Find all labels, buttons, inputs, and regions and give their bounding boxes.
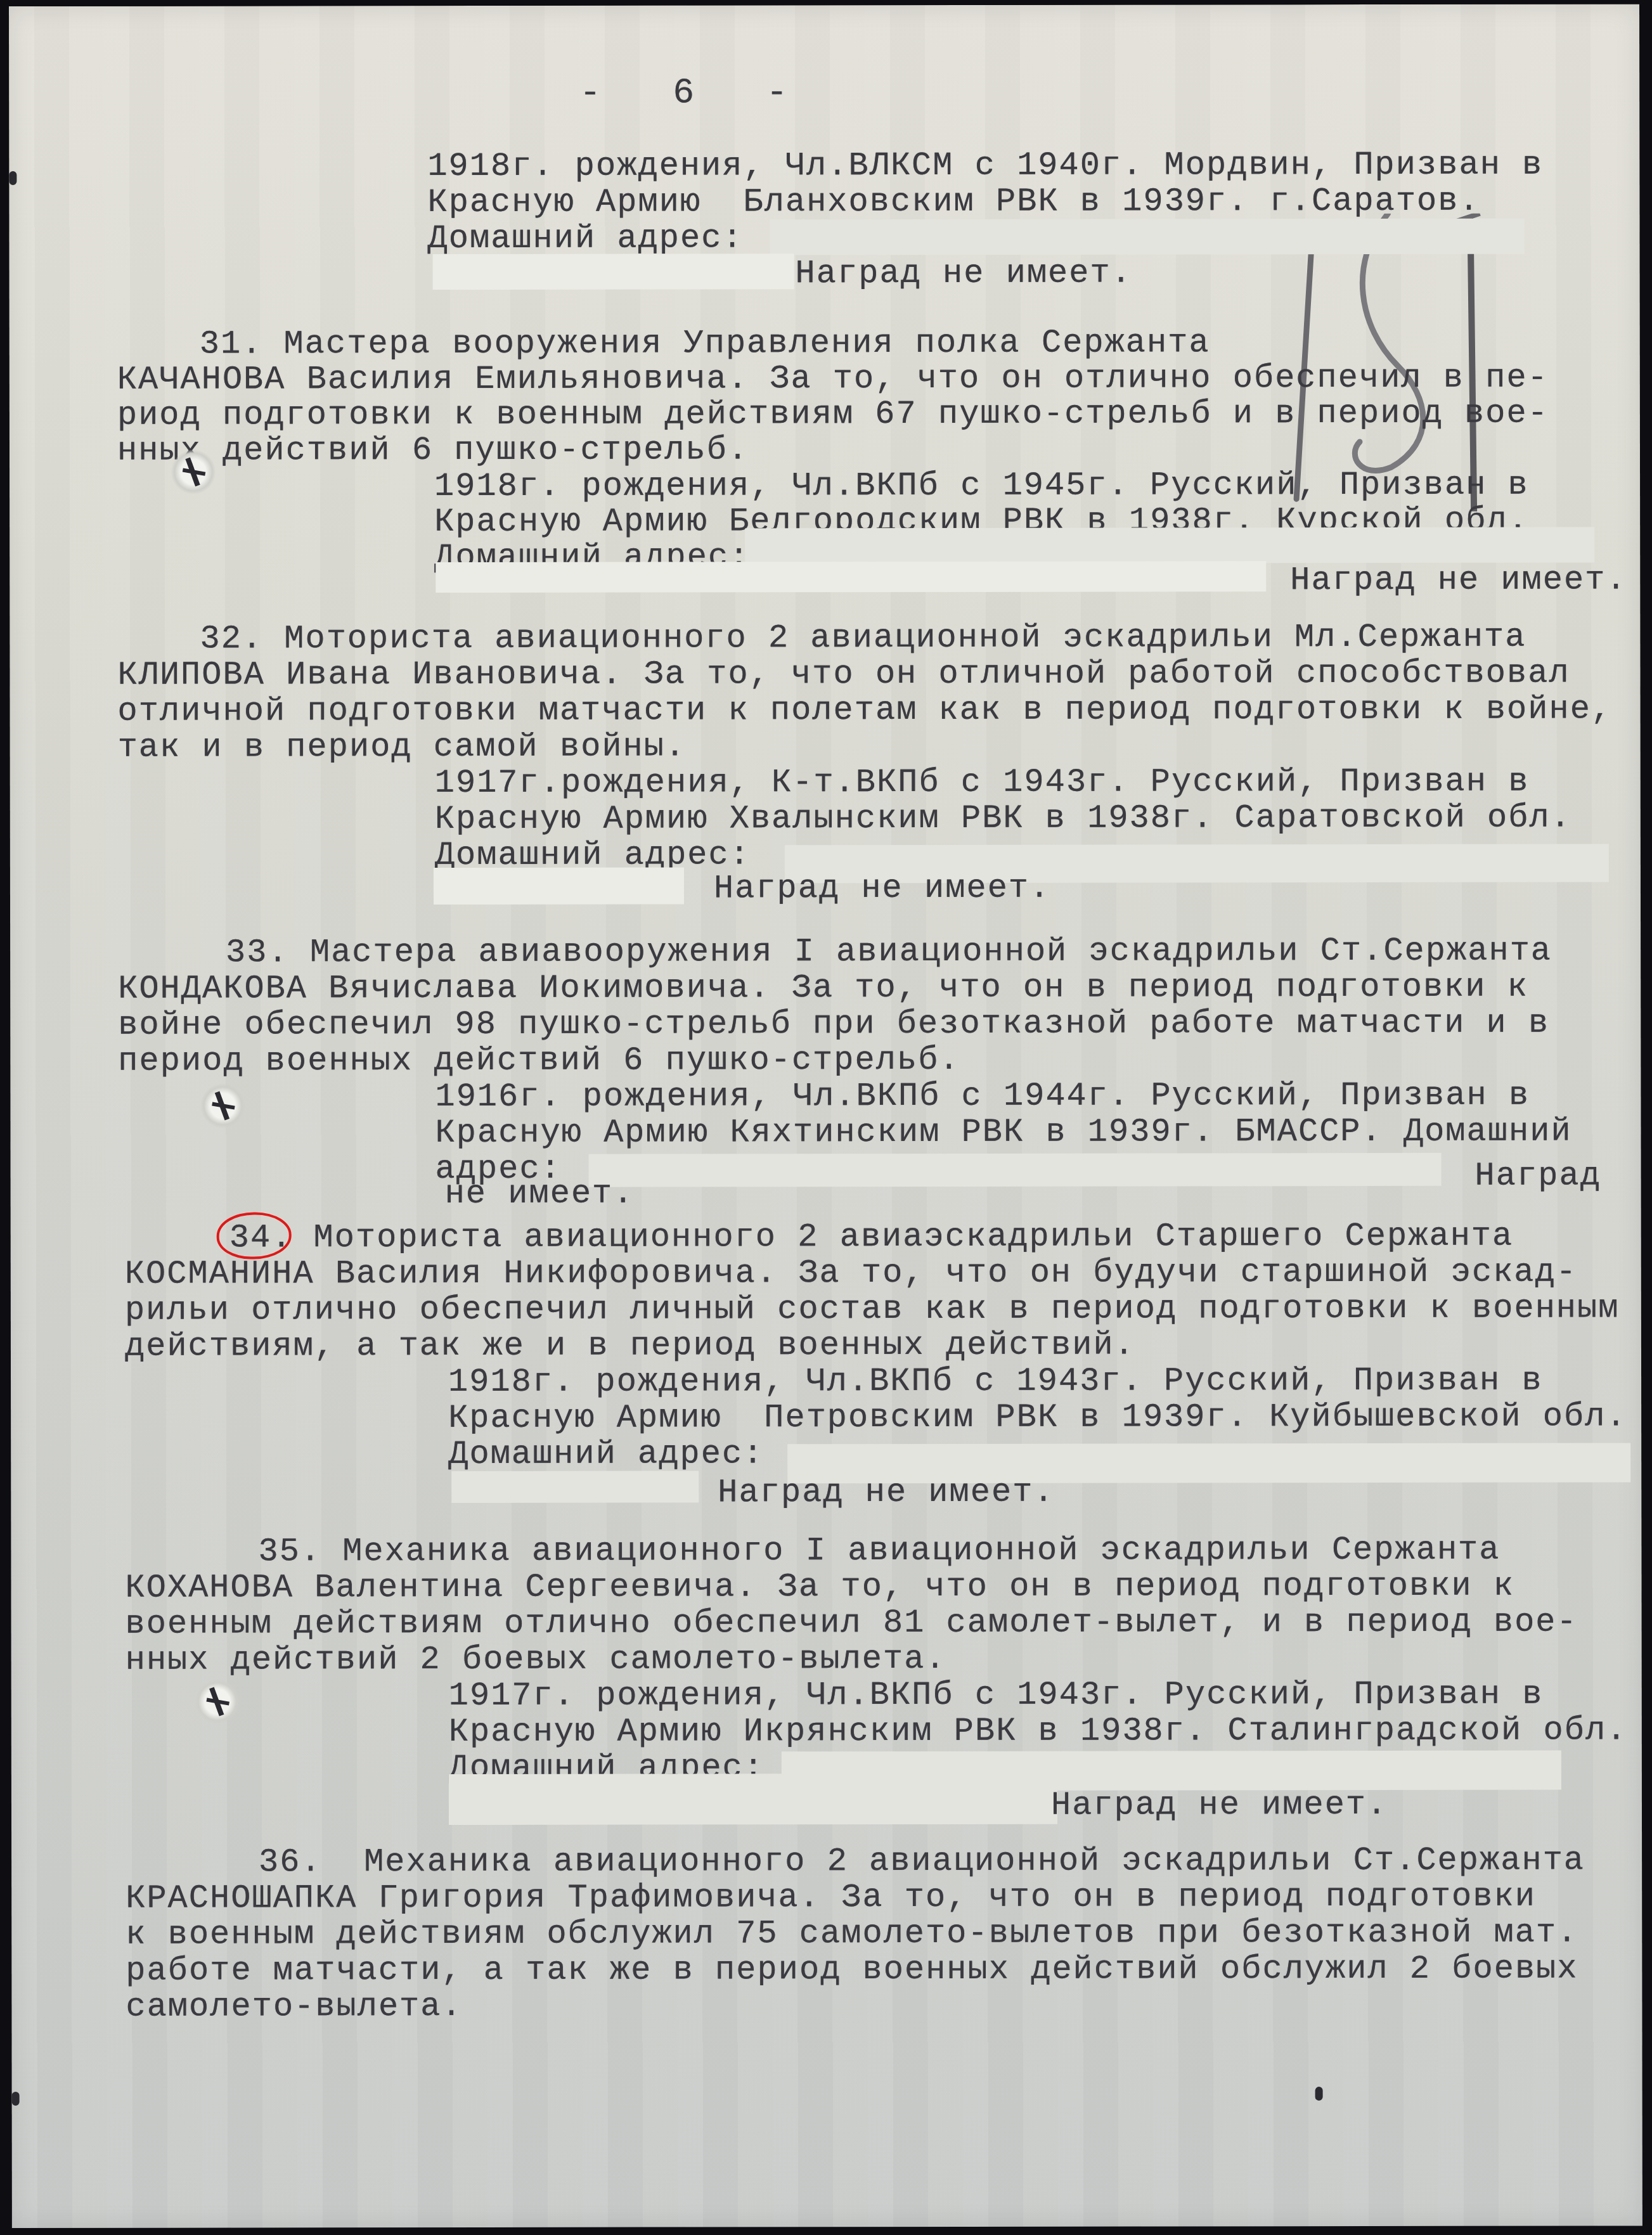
entry-35-line-3: военным действиям отлично обеспечил 81 с… bbox=[126, 1604, 1578, 1642]
redacted-address bbox=[449, 1774, 1057, 1825]
entry-31-bio-1: 1918г. рождения, Чл.ВКПб с 1945г. Русски… bbox=[434, 467, 1529, 505]
entry-36-line-1: 36. Механика авиационного 2 авиационной … bbox=[259, 1843, 1585, 1881]
entry-32-bio-1: 1917г.рождения, К-т.ВКПб с 1943г. Русски… bbox=[435, 764, 1530, 801]
binding-mark bbox=[9, 171, 16, 185]
punch-hole bbox=[171, 450, 216, 494]
redacted-address bbox=[434, 868, 684, 905]
entry-continuation-bio-2: Красную Армию Бланховским РВК в 1939г. г… bbox=[427, 183, 1480, 221]
entry-35-bio-1: 1917г. рождения, Чл.ВКПб с 1943г. Русски… bbox=[449, 1677, 1544, 1714]
entry-34-bio-3: Домашний адрес: bbox=[448, 1436, 764, 1472]
entry-32-award: Наград не имеет. bbox=[714, 870, 1050, 907]
entry-31-line-1: 31. Мастера вооружения Управления полка … bbox=[200, 325, 1210, 362]
entry-33-line-2: КОНДАКОВА Вячислава Иокимовича. За то, ч… bbox=[118, 969, 1528, 1007]
entry-continuation-award: Наград не имеет. bbox=[796, 255, 1132, 292]
entry-35-line-1: 35. Механика авиационного I авиационной … bbox=[258, 1532, 1500, 1570]
entry-36-line-5: самолето-вылета. bbox=[126, 1988, 462, 2025]
entry-36-line-3: к военным действиям обслужил 75 самолето… bbox=[126, 1915, 1578, 1953]
redacted-address bbox=[745, 527, 1594, 564]
entry-35-bio-2: Красную Армию Икрянским РВК в 1938г. Ста… bbox=[449, 1712, 1628, 1750]
redacted-address bbox=[589, 1153, 1442, 1187]
entry-34-line-3: рильи отлично обеспечил личный состав ка… bbox=[125, 1290, 1620, 1328]
entry-33-bio-1: 1916г. рождения, Чл.ВКПб с 1944г. Русски… bbox=[435, 1078, 1530, 1115]
page-number: - 6 - bbox=[579, 75, 813, 112]
entry-36-line-4: работе матчасти, а так же в период военн… bbox=[126, 1951, 1578, 1989]
entry-34-bio-1: 1918г. рождения, Чл.ВКПб с 1943г. Русски… bbox=[448, 1363, 1543, 1400]
entry-33-bio-2: Красную Армию Кяхтинским РВК в 1939г. БМ… bbox=[435, 1114, 1571, 1152]
entry-34-line-4: действиям, а так же и в период военных д… bbox=[125, 1327, 1135, 1365]
entry-31-award: Наград не имеет. bbox=[1290, 562, 1627, 598]
entry-36-line-2: КРАСНОШАПКА Григория Трафимовича. За то,… bbox=[126, 1879, 1536, 1917]
entry-34-award: Наград не имеет. bbox=[718, 1474, 1054, 1511]
entry-32-line-2: КЛИПОВА Ивана Ивановича. За то, что он о… bbox=[117, 655, 1570, 693]
entry-32-bio-2: Красную Армию Хвалынским РВК в 1938г. Са… bbox=[435, 800, 1571, 838]
entry-32-line-4: так и в период самой войны. bbox=[118, 729, 687, 766]
entry-continuation-bio-1: 1918г. рождения, Чл.ВЛКСМ с 1940г. Мордв… bbox=[427, 147, 1543, 184]
entry-33-line-3: войне обеспечил 98 пушко-стрельб при без… bbox=[118, 1005, 1549, 1043]
entry-31-line-3: риод подготовки к военным действиям 67 п… bbox=[117, 396, 1549, 434]
entry-33-award: Наград bbox=[1475, 1157, 1601, 1194]
redacted-address bbox=[433, 254, 794, 290]
punch-hole bbox=[200, 1083, 245, 1128]
redacted-address bbox=[451, 1471, 699, 1503]
binding-mark bbox=[12, 2092, 20, 2106]
entry-33-line-1: 33. Мастера авиавооружения I авиационной… bbox=[226, 933, 1552, 971]
entry-35-line-2: КОХАНОВА Валентина Сергеевича. За то, чт… bbox=[125, 1568, 1514, 1606]
entry-35-award: Наград не имеет. bbox=[1051, 1787, 1388, 1824]
entry-continuation-bio-3: Домашний адрес: bbox=[427, 220, 743, 257]
entry-34-bio-2: Красную Армию Петровским РВК в 1939г. Ку… bbox=[448, 1398, 1627, 1436]
entry-34-line-1: 34. Моториста авиационного 2 авиаэскадри… bbox=[229, 1218, 1514, 1256]
entry-33-line-4: период военных действий 6 пушко-стрельб. bbox=[118, 1042, 960, 1079]
entry-32-line-1: 32. Моториста авиационного 2 авиационной… bbox=[200, 619, 1526, 657]
document-page: - 6 - 1918г. рождения, Чл.ВЛКСМ с 1940г.… bbox=[9, 0, 1642, 2228]
entry-33-bio-4: не имеет. bbox=[445, 1176, 635, 1212]
ink-speck bbox=[1315, 2087, 1323, 2101]
entry-35-line-4: нных действий 2 боевых самолето-вылета. bbox=[126, 1641, 946, 1678]
entry-34-line-2: КОСМАНИНА Василия Никифоровича. За то, ч… bbox=[125, 1254, 1577, 1292]
entry-31-line-2: КАЧАНОВА Василия Емильяновича. За то, чт… bbox=[117, 360, 1549, 398]
punch-hole bbox=[195, 1679, 240, 1723]
redacted-address bbox=[436, 561, 1266, 593]
entry-32-line-3: отличной подготовки матчасти к полетам к… bbox=[118, 691, 1613, 729]
redacted-address bbox=[770, 219, 1524, 255]
